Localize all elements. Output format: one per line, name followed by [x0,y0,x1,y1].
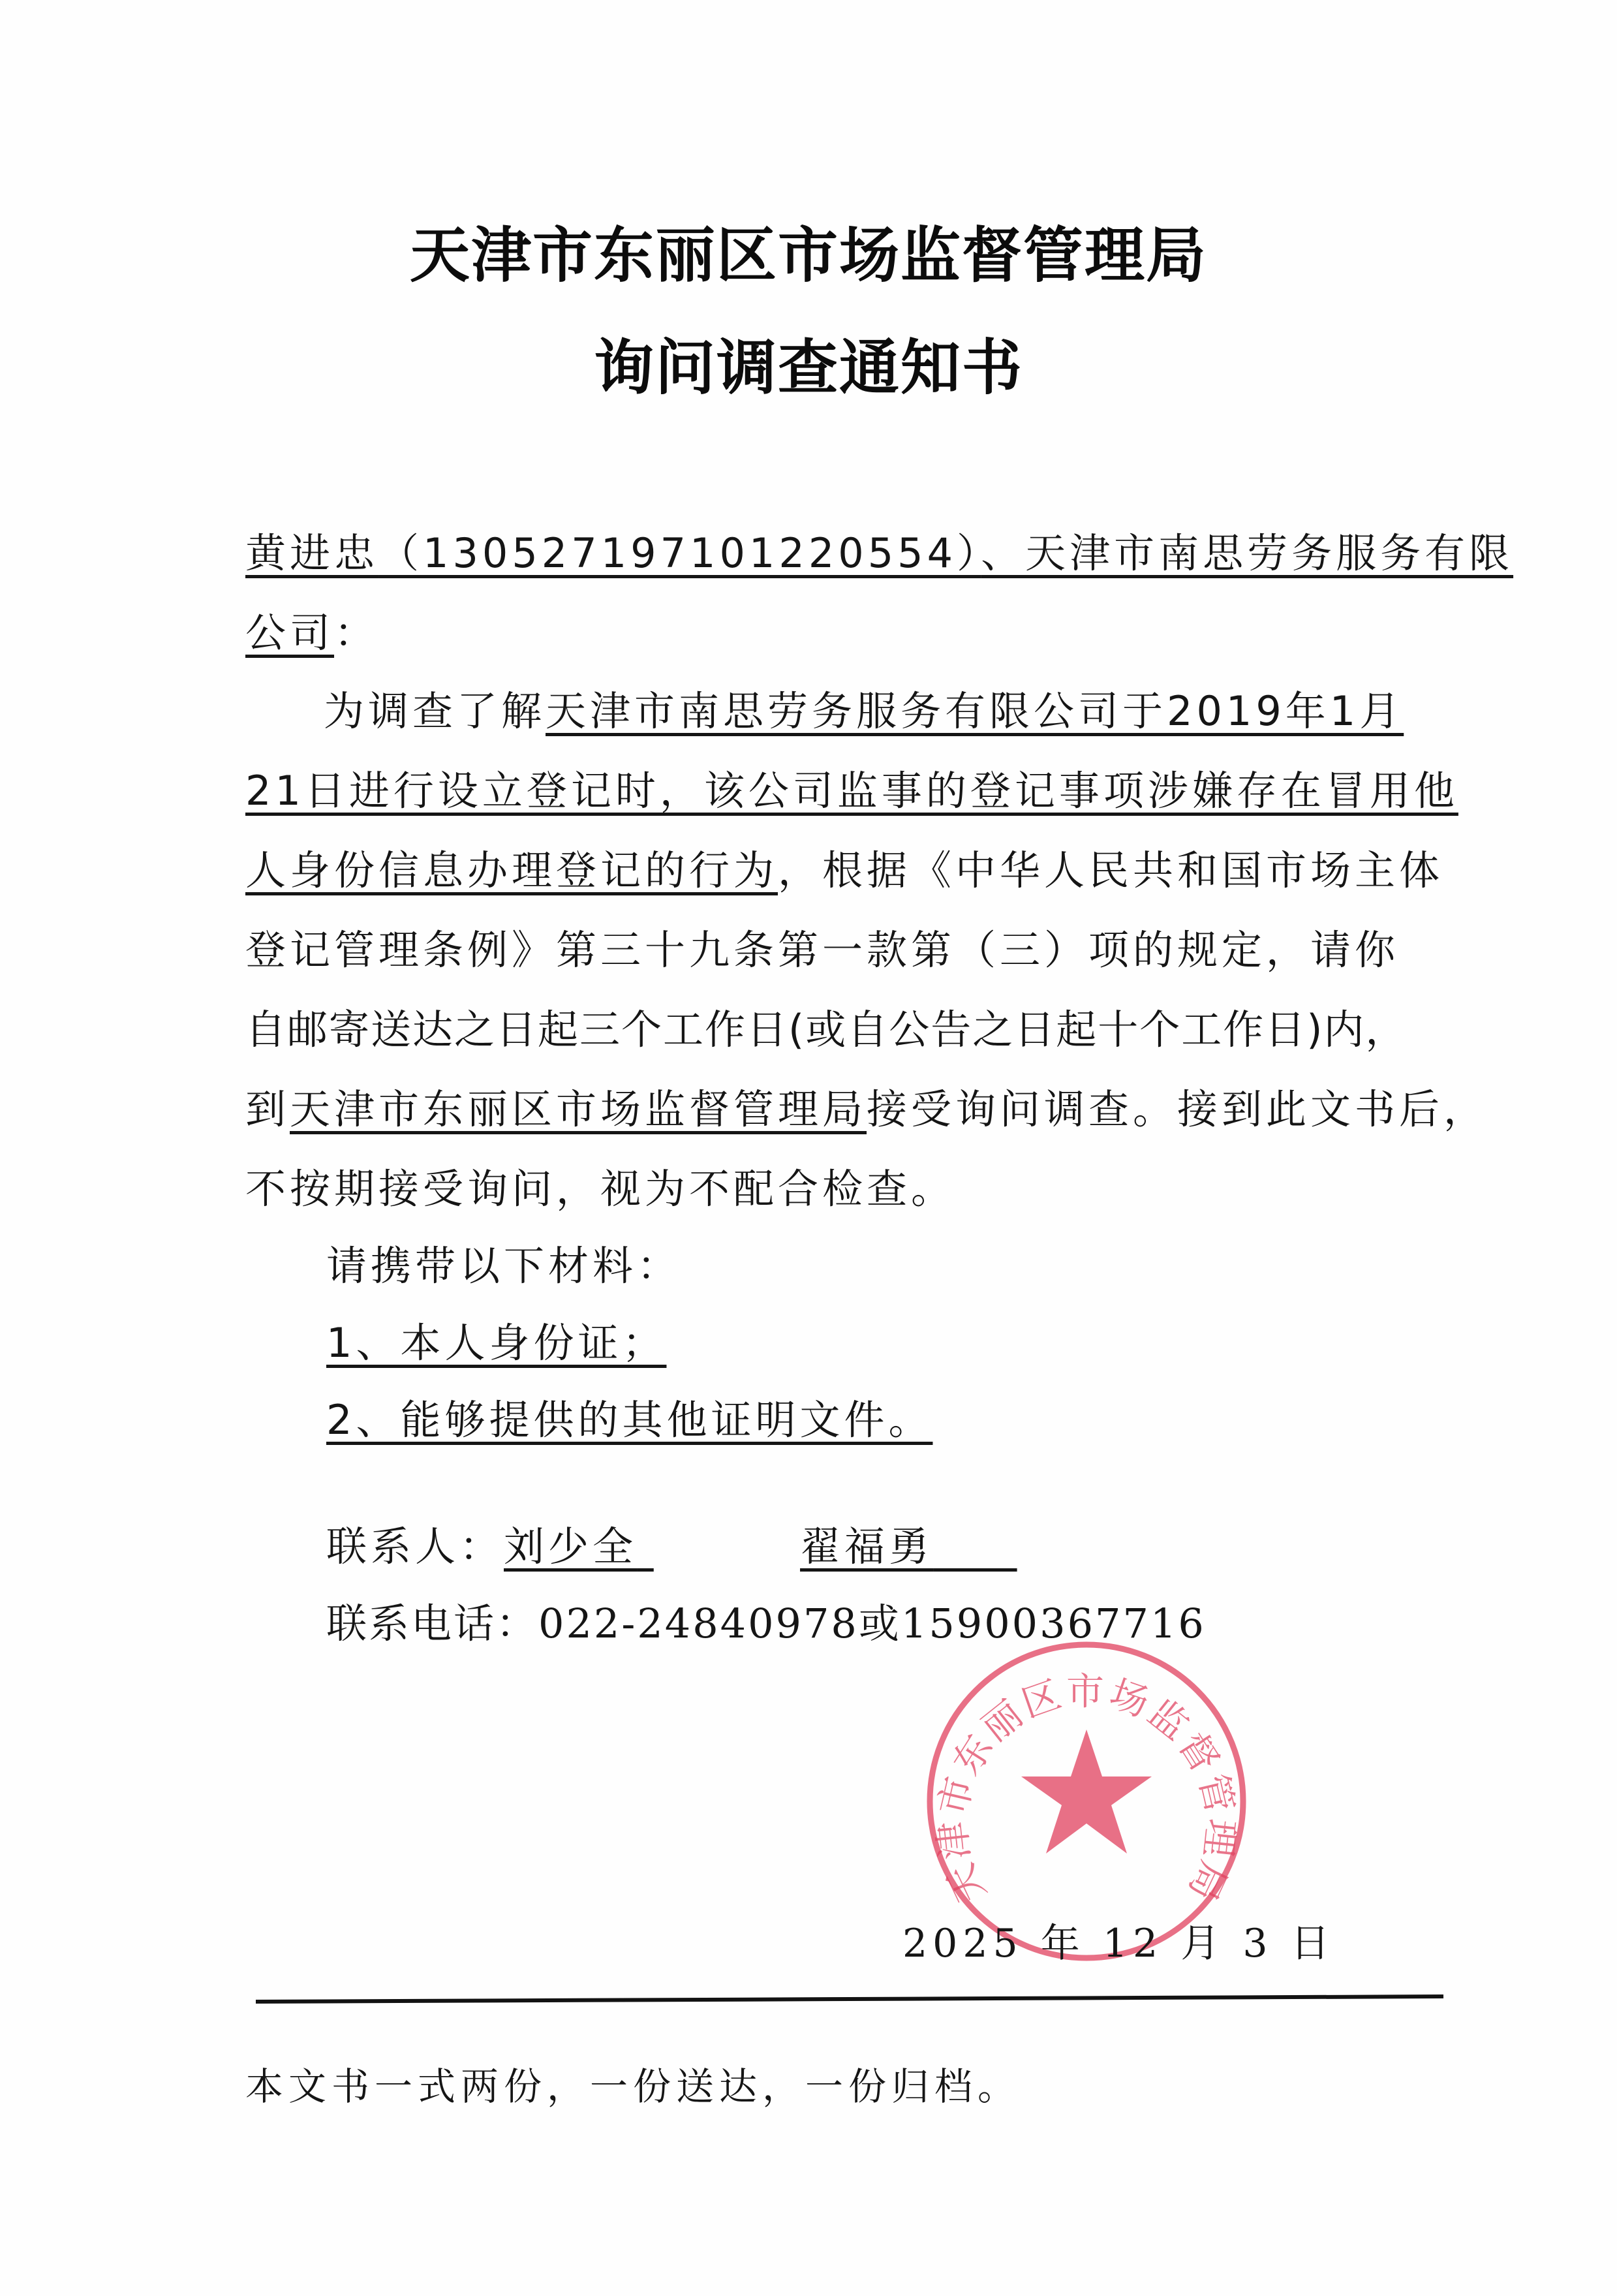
date-year: 2025 [902,1921,1023,1966]
materials-item-text: 1、本人身份证； [326,1319,666,1367]
materials-item-text: 2、能够提供的其他证明文件。 [326,1396,932,1444]
body-text-underlined: 人身份信息办理登记的行为 [245,846,778,894]
addressee-line-2: 公司： [245,607,378,659]
agency-title: 天津市东丽区市场监督管理局 [0,208,1617,294]
body-line-6: 到天津市东丽区市场监督管理局接受询问调查。接到此文书后， [245,1083,1488,1136]
body-text: 不按期接受询问，视为不配合检查。 [245,1165,955,1213]
issue-date: 2025 年 12 月 3 日 [902,1912,1335,1968]
body-text-underlined: 21日进行设立登记时，该公司监事的登记事项涉嫌存在冒用他 [245,767,1458,814]
date-month-unit: 月 [1180,1921,1225,1966]
addressee-colon: ： [334,609,378,657]
body-line-2: 21日进行设立登记时，该公司监事的登记事项涉嫌存在冒用他 [245,765,1458,817]
footer-divider [256,1994,1443,2004]
contact-phone-label: 联系电话： [326,1600,538,1647]
body-text: 到 [245,1085,290,1133]
body-text: 自邮寄送达之日起三个工作日(或自公告之日起十个工作日)内， [245,1006,1407,1053]
addressee-id-number: （130527197101220554） [378,529,981,577]
contact-phone-or: 或 [859,1600,901,1647]
addressee-company-part-1: 、天津市南思劳务服务有限 [981,529,1513,577]
body-text-underlined: 天津市东丽区市场监督管理局 [290,1085,867,1133]
body-text: 登记管理条例》第三十九条第一款第（三）项的规定，请你 [245,926,1399,974]
date-day-unit: 日 [1291,1921,1335,1966]
materials-item-2: 2、能够提供的其他证明文件。 [326,1394,932,1446]
footer-note: 本文书一式两份，一份送达，一份归档。 [245,2056,1021,2111]
body-line-1: 为调查了解天津市南思劳务服务有限公司于2019年1月 [324,685,1404,737]
date-year-unit: 年 [1041,1921,1085,1966]
body-line-5: 自邮寄送达之日起三个工作日(或自公告之日起十个工作日)内， [245,1004,1407,1056]
document-title: 询问调查通知书 [0,320,1617,406]
body-text: 接受询问调查。接到此文书后， [867,1085,1488,1133]
body-line-4: 登记管理条例》第三十九条第一款第（三）项的规定，请你 [245,924,1399,976]
date-month: 12 [1103,1921,1163,1966]
contact-persons-line: 联系人：刘少全 翟福勇 [326,1521,1017,1573]
date-day: 3 [1242,1921,1272,1966]
contact-gap [637,1521,800,1573]
contact-person-1: 刘少全 [504,1523,637,1570]
document-page: 天津市东丽区市场监督管理局 询问调查通知书 黄进忠（13052719710122… [0,0,1617,2296]
body-text: 为调查了解 [324,687,546,735]
body-line-3: 人身份信息办理登记的行为，根据《中华人民共和国市场主体 [245,845,1443,897]
addressee-company-part-2: 公司 [245,609,334,657]
contact-trailing-blank [933,1523,1017,1570]
body-text-underlined: 天津市南思劳务服务有限公司于2019年1月 [546,687,1404,735]
materials-item-1: 1、本人身份证； [326,1317,666,1369]
materials-heading: 请携带以下材料： [326,1240,681,1292]
contact-phone-1: 022-24840978 [538,1600,859,1647]
contact-person-2: 翟福勇 [800,1523,933,1570]
body-line-7: 不按期接受询问，视为不配合检查。 [245,1163,955,1215]
contact-persons-label: 联系人： [326,1523,504,1570]
body-text: ，根据《中华人民共和国市场主体 [778,846,1443,894]
addressee-name: 黄进忠 [245,529,378,577]
addressee-line-1: 黄进忠（130527197101220554）、天津市南思劳务服务有限 [245,527,1513,580]
